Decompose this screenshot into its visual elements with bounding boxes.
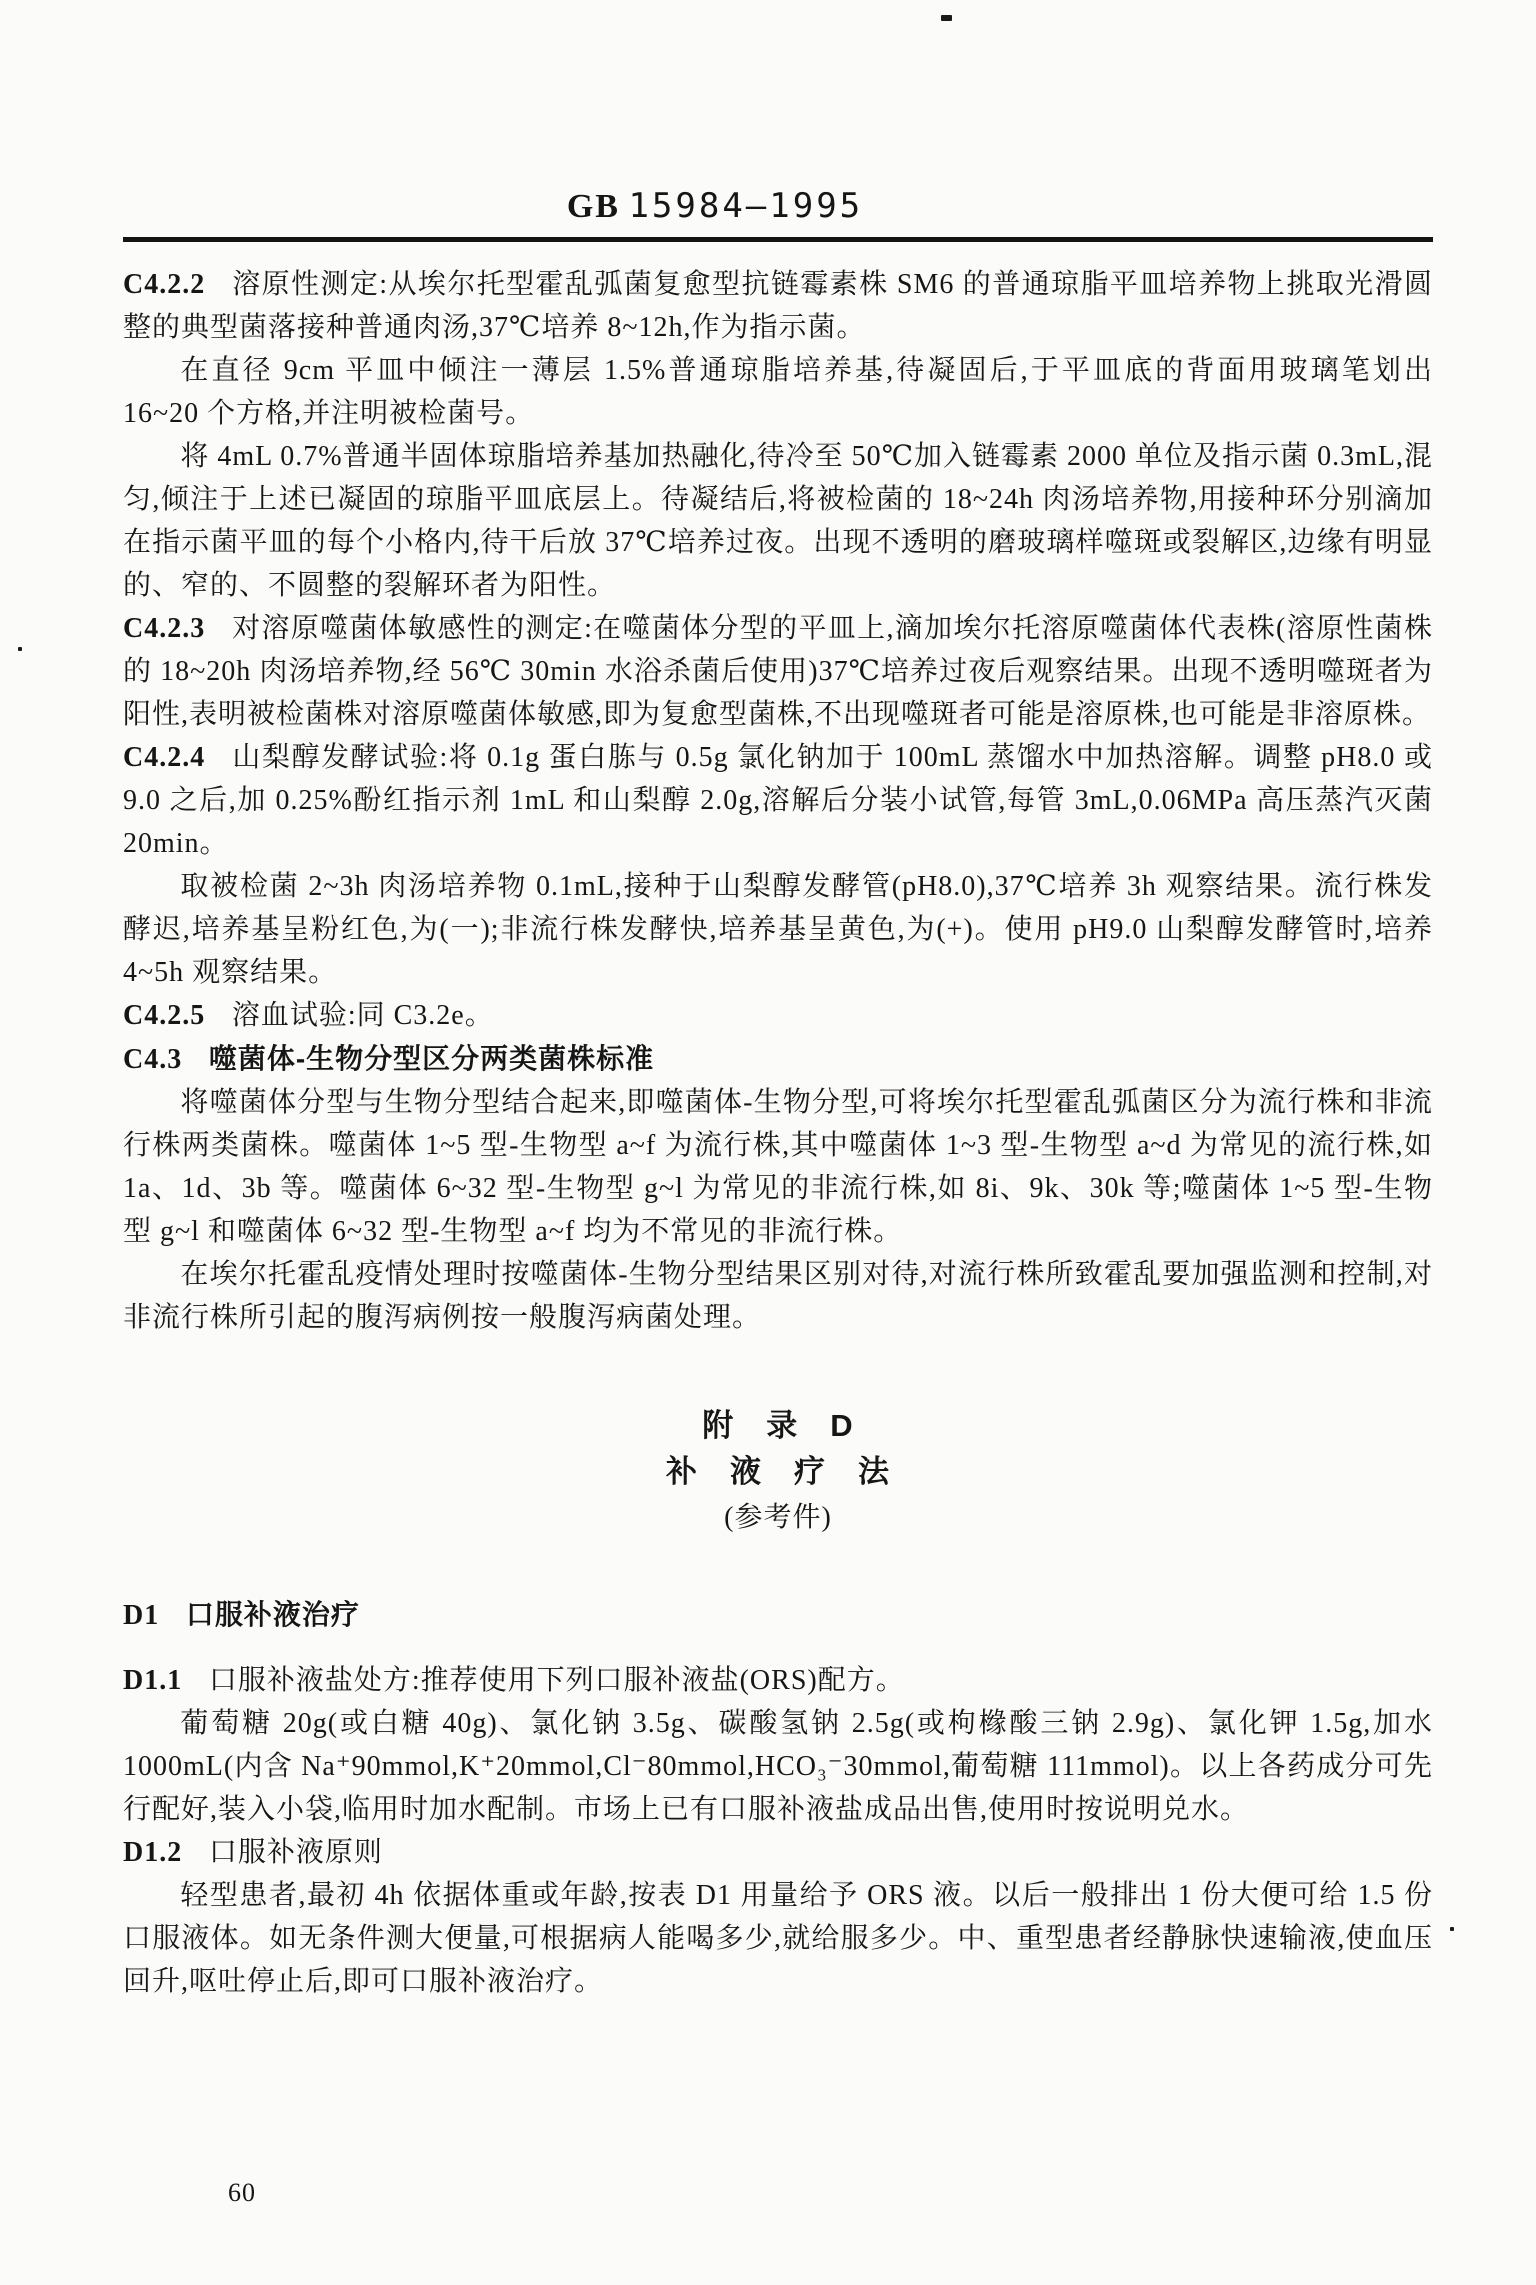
- clause-label: C4.2.4: [123, 742, 232, 773]
- page-number: 60: [228, 2178, 256, 2208]
- paragraph-plate-prep: 在直径 9cm 平皿中倾注一薄层 1.5%普通琼脂培养基,待凝固后,于平皿底的背…: [123, 349, 1433, 435]
- clause-d1-2-heading: D1.2口服补液原则: [123, 1831, 1433, 1874]
- clause-heading-text: 口服补液原则: [209, 1837, 383, 1868]
- paragraph-text: 将 4mL 0.7%普通半固体琼脂培养基加热融化,待冷至 50℃加入链霉素 20…: [123, 441, 1433, 601]
- clause-label: C4.3: [123, 1044, 209, 1075]
- paragraph-agar-overlay: 将 4mL 0.7%普通半固体琼脂培养基加热融化,待冷至 50℃加入链霉素 20…: [123, 435, 1433, 607]
- clause-label: C4.2.5: [123, 1000, 232, 1031]
- paragraph-text: 取被检菌 2~3h 肉汤培养物 0.1mL,接种于山梨醇发酵管(pH8.0),3…: [123, 871, 1433, 988]
- paragraph-text: 葡萄糖 20g(或白糖 40g)、氯化钠 3.5g、碳酸氢钠 2.5g(或枸橼酸…: [123, 1708, 1433, 1825]
- clause-label: D1.1: [123, 1665, 209, 1696]
- appendix-title: 附 录 D: [123, 1403, 1433, 1449]
- scan-artifact-dot-right: [1450, 1927, 1454, 1931]
- scan-artifact-dot-left: [18, 647, 22, 651]
- standard-code-prefix: GB: [567, 188, 620, 225]
- clause-c4-2-4: C4.2.4山梨醇发酵试验:将 0.1g 蛋白胨与 0.5g 氯化钠加于 100…: [123, 736, 1433, 865]
- paragraph-sorbitol-test: 取被检菌 2~3h 肉汤培养物 0.1mL,接种于山梨醇发酵管(pH8.0),3…: [123, 865, 1433, 994]
- clause-c4-3-heading: C4.3噬菌体-生物分型区分两类菌株标准: [123, 1037, 1433, 1081]
- document-body: C4.2.2溶原性测定:从埃尔托型霍乱弧菌复愈型抗链霉素株 SM6 的普通琼脂平…: [123, 263, 1433, 2003]
- clause-d1-heading: D1口服补液治疗: [123, 1593, 1433, 1637]
- clause-c4-2-2: C4.2.2溶原性测定:从埃尔托型霍乱弧菌复愈型抗链霉素株 SM6 的普通琼脂平…: [123, 263, 1433, 349]
- paragraph-text: 将噬菌体分型与生物分型结合起来,即噬菌体-生物分型,可将埃尔托型霍乱弧菌区分为流…: [123, 1087, 1433, 1247]
- clause-d1-1: D1.1口服补液盐处方:推荐使用下列口服补液盐(ORS)配方。: [123, 1659, 1433, 1702]
- standard-code-number: 15984—1995: [628, 186, 863, 226]
- clause-text: 口服补液盐处方:推荐使用下列口服补液盐(ORS)配方。: [209, 1665, 905, 1696]
- paragraph-ors-principle: 轻型患者,最初 4h 依据体重或年龄,按表 D1 用量给予 ORS 液。以后一般…: [123, 1874, 1433, 2003]
- clause-c4-2-3: C4.2.3对溶原噬菌体敏感性的测定:在噬菌体分型的平皿上,滴加埃尔托溶原噬菌体…: [123, 607, 1433, 736]
- appendix-note: (参考件): [123, 1495, 1433, 1541]
- clause-text: 溶原性测定:从埃尔托型霍乱弧菌复愈型抗链霉素株 SM6 的普通琼脂平皿培养物上挑…: [123, 269, 1433, 343]
- paragraph-text: 轻型患者,最初 4h 依据体重或年龄,按表 D1 用量给予 ORS 液。以后一般…: [123, 1880, 1433, 1997]
- appendix-d-heading: 附 录 D 补 液 疗 法 (参考件): [123, 1403, 1433, 1541]
- document-page: GB 15984—1995 C4.2.2溶原性测定:从埃尔托型霍乱弧菌复愈型抗链…: [0, 0, 1536, 2285]
- paragraph-phage-biotype: 将噬菌体分型与生物分型结合起来,即噬菌体-生物分型,可将埃尔托型霍乱弧菌区分为流…: [123, 1081, 1433, 1253]
- paragraph-epidemic-handling: 在埃尔托霍乱疫情处理时按噬菌体-生物分型结果区别对待,对流行株所致霍乱要加强监测…: [123, 1253, 1433, 1339]
- clause-label: C4.2.2: [123, 269, 232, 300]
- clause-heading-text: 口服补液治疗: [186, 1599, 360, 1630]
- paragraph-ors-formula: 葡萄糖 20g(或白糖 40g)、氯化钠 3.5g、碳酸氢钠 2.5g(或枸橼酸…: [123, 1702, 1433, 1831]
- header-rule: [123, 237, 1433, 242]
- clause-text: 溶血试验:同 C3.2e。: [232, 1000, 494, 1031]
- scan-artifact-dash: [941, 15, 952, 21]
- appendix-subtitle: 补 液 疗 法: [123, 1449, 1433, 1495]
- clause-label: D1.2: [123, 1837, 209, 1868]
- paragraph-text: 在埃尔托霍乱疫情处理时按噬菌体-生物分型结果区别对待,对流行株所致霍乱要加强监测…: [123, 1259, 1433, 1333]
- clause-label: D1: [123, 1600, 186, 1631]
- clause-heading-text: 噬菌体-生物分型区分两类菌株标准: [209, 1043, 654, 1074]
- page-header: GB 15984—1995: [0, 186, 1430, 226]
- clause-text: 山梨醇发酵试验:将 0.1g 蛋白胨与 0.5g 氯化钠加于 100mL 蒸馏水…: [123, 742, 1433, 859]
- clause-c4-2-5: C4.2.5溶血试验:同 C3.2e。: [123, 994, 1433, 1037]
- clause-label: C4.2.3: [123, 613, 232, 644]
- paragraph-text: 在直径 9cm 平皿中倾注一薄层 1.5%普通琼脂培养基,待凝固后,于平皿底的背…: [123, 355, 1433, 429]
- clause-text: 对溶原噬菌体敏感性的测定:在噬菌体分型的平皿上,滴加埃尔托溶原噬菌体代表株(溶原…: [123, 613, 1433, 730]
